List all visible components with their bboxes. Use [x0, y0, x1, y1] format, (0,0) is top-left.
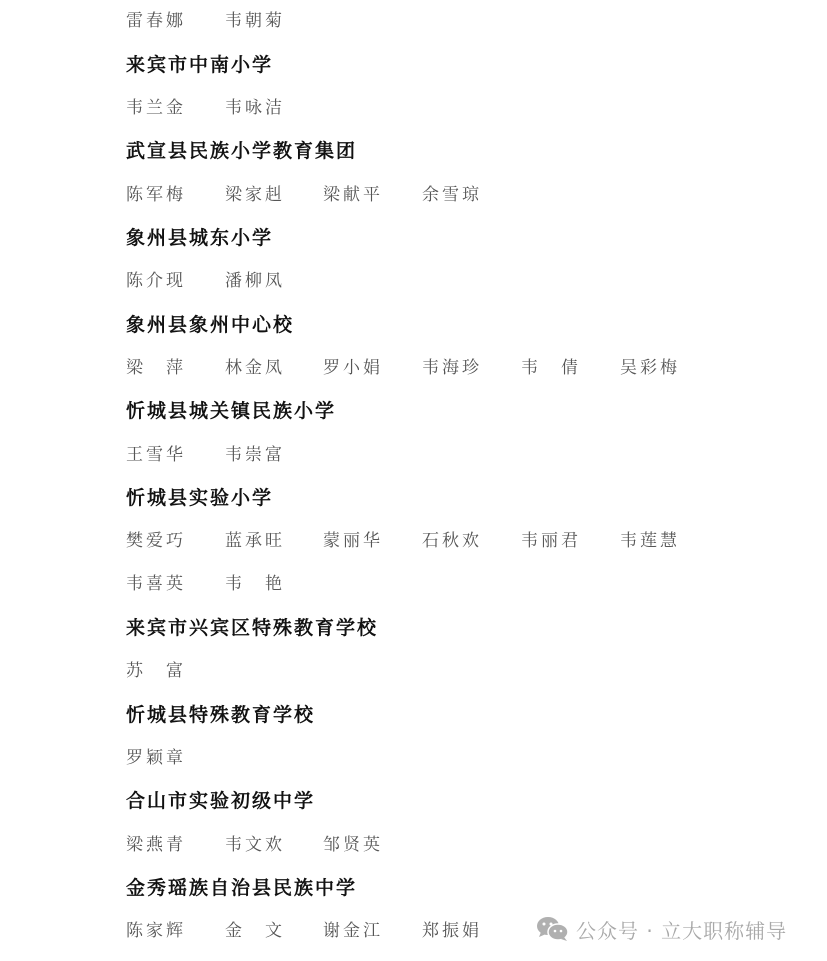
school-heading: 金秀瑶族自治县民族中学 [126, 873, 357, 903]
person-name: 金 文 [225, 916, 285, 946]
person-name: 蓝承旺 [225, 526, 285, 556]
school-heading: 忻城县城关镇民族小学 [126, 396, 336, 426]
school-heading: 忻城县实验小学 [126, 483, 273, 513]
school-heading: 来宾市中南小学 [126, 50, 273, 80]
person-name: 余雪琼 [422, 180, 482, 210]
person-name: 韦兰金 [126, 93, 186, 123]
person-name: 韦丽君 [521, 526, 581, 556]
person-name: 韦咏洁 [225, 93, 285, 123]
person-name: 蒙丽华 [323, 526, 383, 556]
person-name: 韦海珍 [422, 353, 482, 383]
person-name: 谢金江 [323, 916, 383, 946]
person-name: 韦朝菊 [225, 6, 285, 36]
person-name: 石秋欢 [422, 526, 482, 556]
person-name: 陈介现 [126, 266, 186, 296]
school-heading: 来宾市兴宾区特殊教育学校 [126, 613, 378, 643]
school-heading: 忻城县特殊教育学校 [126, 700, 315, 730]
person-name: 罗小娟 [323, 353, 383, 383]
person-name: 邹贤英 [323, 830, 383, 860]
person-name: 苏 富 [126, 656, 186, 686]
school-heading: 武宣县民族小学教育集团 [126, 136, 357, 166]
person-name: 樊爱巧 [126, 526, 186, 556]
wechat-account-watermark: 公众号 · 立大职称辅导 [536, 913, 787, 945]
person-name: 林金凤 [225, 353, 285, 383]
person-name: 梁燕青 [126, 830, 186, 860]
school-heading: 象州县城东小学 [126, 223, 273, 253]
person-name: 韦 倩 [521, 353, 581, 383]
person-name: 雷春娜 [126, 6, 186, 36]
wechat-icon [536, 915, 570, 943]
person-name: 韦喜英 [126, 569, 186, 599]
person-name: 吴彩梅 [620, 353, 680, 383]
person-name: 郑振娟 [422, 916, 482, 946]
person-name: 韦崇富 [225, 440, 285, 470]
person-name: 梁 萍 [126, 353, 186, 383]
person-name: 王雪华 [126, 440, 186, 470]
school-heading: 象州县象州中心校 [126, 310, 294, 340]
person-name: 陈家辉 [126, 916, 186, 946]
person-name: 陈军梅 [126, 180, 186, 210]
person-name: 梁献平 [323, 180, 383, 210]
person-name: 韦文欢 [225, 830, 285, 860]
person-name: 潘柳凤 [225, 266, 285, 296]
school-heading: 合山市实验初级中学 [126, 786, 315, 816]
person-name: 韦莲慧 [620, 526, 680, 556]
person-name: 梁家赳 [225, 180, 285, 210]
person-name: 罗颖章 [126, 743, 186, 773]
person-name: 韦 艳 [225, 569, 285, 599]
watermark-label: 公众号 · 立大职称辅导 [576, 915, 787, 944]
